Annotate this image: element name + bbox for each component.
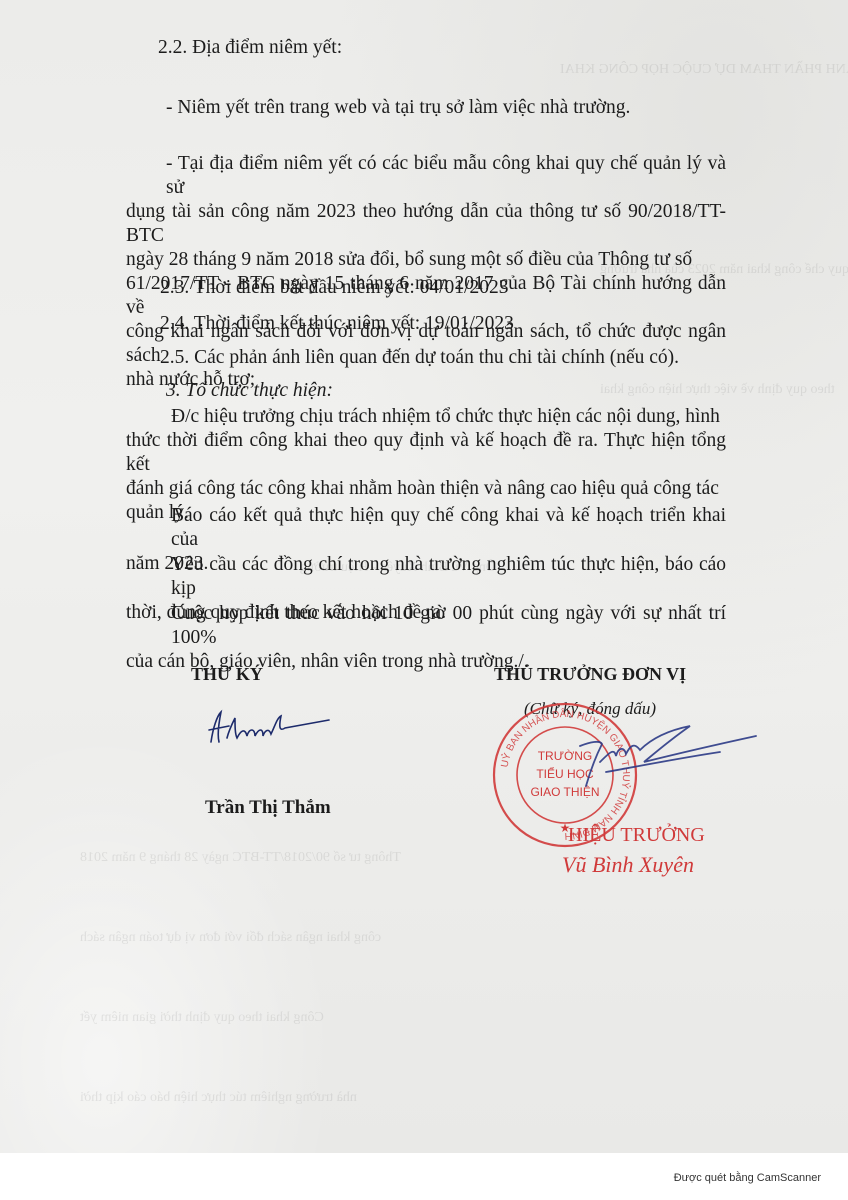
principal-name: Vũ Bình Xuyên — [562, 852, 694, 878]
bleed-through-text: nhà trường nghiêm túc thực hiện báo cáo … — [80, 1090, 357, 1106]
paragraph-line: dụng tài sản công năm 2023 theo hướng dẫ… — [126, 200, 726, 248]
section-2-2-heading: 2.2. Địa điểm niêm yết: — [158, 36, 342, 60]
section-2-5: 2.5. Các phản ánh liên quan đến dự toán … — [160, 346, 679, 370]
paragraph-line: Đ/c hiệu trưởng chịu trách nhiệm tổ chức… — [126, 405, 726, 429]
bleed-through-text: THÀNH PHẦN THAM DỰ CUỘC HỌP CÔNG KHAI — [560, 62, 848, 78]
scanned-page: THÀNH PHẦN THAM DỰ CUỘC HỌP CÔNG KHAI qu… — [0, 0, 848, 1153]
section-2-4: 2.4. Thời điểm kết thúc niêm yết: 19/01/… — [160, 312, 514, 336]
paragraph-line: - Tại địa điểm niêm yết có các biểu mẫu … — [126, 152, 726, 200]
section-2-3: 2.3. Thời điểm bắt đầu niêm yết: 04/01/2… — [160, 276, 508, 300]
paragraph-line: ngày 28 tháng 9 năm 2018 sửa đổi, bổ sun… — [126, 248, 726, 272]
paragraph-line: thức thời điểm công khai theo quy định v… — [126, 429, 726, 477]
camscanner-watermark: Được quét bằng CamScanner — [674, 1172, 821, 1184]
section-3-heading: 3. Tổ chức thực hiện: — [166, 379, 333, 403]
paragraph-line: Cuộc họp kết thúc vào hồi 10 giờ 00 phút… — [126, 602, 726, 650]
bleed-through-text: Thông tư số 90/2018/TT-BTC ngày 28 tháng… — [80, 850, 401, 866]
bleed-through-text: Công khai theo quy định thời gian niêm y… — [80, 1010, 324, 1026]
secretary-signature — [205, 708, 335, 748]
secretary-name: Trần Thị Thắm — [205, 797, 331, 819]
unit-head-title: THỦ TRƯỞNG ĐƠN VỊ — [494, 664, 686, 685]
section-2-2-item-1: - Niêm yết trên trang web và tại trụ sở … — [166, 96, 630, 120]
secretary-title: THƯ KÝ — [191, 664, 263, 685]
paragraph-line: Yêu cầu các đồng chí trong nhà trường ng… — [126, 553, 726, 601]
bleed-through-text: công khai ngân sách đối với đơn vị dự to… — [80, 930, 381, 946]
principal-signature — [560, 722, 760, 792]
principal-position: HIỆU TRƯỞNG — [568, 824, 705, 847]
paragraph-line: Báo cáo kết quả thực hiện quy chế công k… — [126, 504, 726, 552]
paragraph-line: đánh giá công tác công khai nhằm hoàn th… — [126, 477, 726, 501]
